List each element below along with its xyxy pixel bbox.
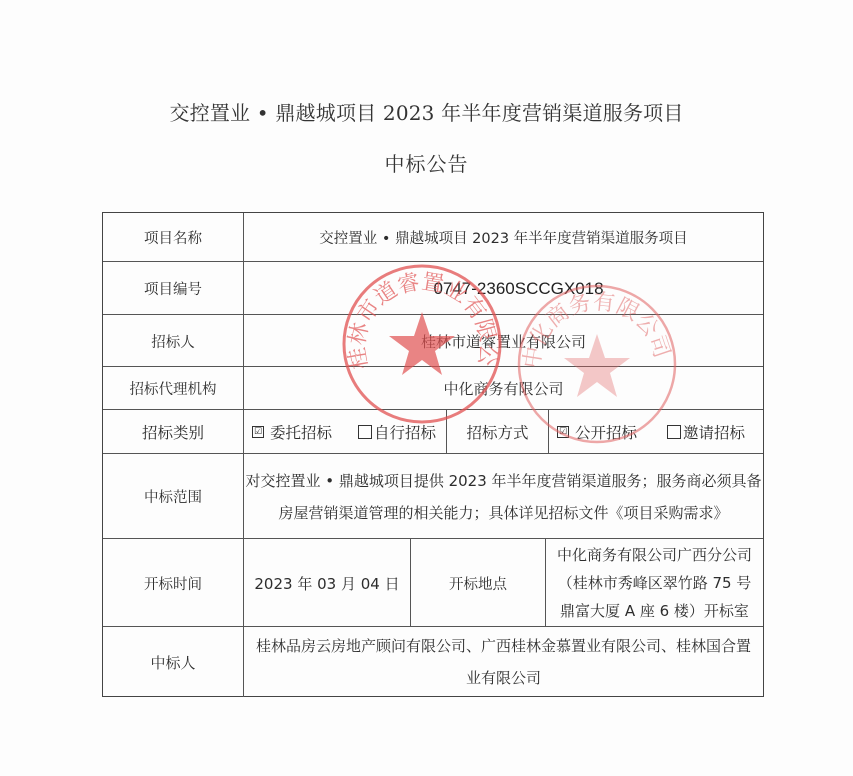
place-line-1: 中化商务有限公司广西分公司	[557, 541, 752, 569]
label-project-number: 项目编号	[103, 262, 243, 315]
method-options: ☑ 公开招标 邀请招标	[548, 410, 763, 454]
label-agency: 招标代理机构	[103, 367, 243, 410]
invited-tender-label: 邀请招标	[683, 421, 745, 443]
checkbox-empty-icon	[667, 425, 681, 439]
entrusted-label: 委托招标	[270, 421, 332, 443]
invited-tender-checkbox[interactable]: 邀请招标	[667, 421, 745, 443]
self-tender-checkbox[interactable]: 自行招标	[358, 421, 436, 443]
announcement-table: 项目名称 交控置业 • 鼎越城项目 2023 年半年度营销渠道服务项目 项目编号…	[102, 212, 764, 697]
label-opening-time: 开标时间	[103, 539, 243, 627]
value-project-name: 交控置业 • 鼎越城项目 2023 年半年度营销渠道服务项目	[243, 213, 763, 261]
winner-line-1: 桂林品房云房地产顾问有限公司、广西桂林金慕置业有限公司、桂林国合置	[256, 630, 751, 662]
open-tender-label: 公开招标	[575, 421, 637, 443]
label-method: 招标方式	[446, 410, 548, 454]
row-tenderer: 招标人 桂林市道睿置业有限公司	[103, 314, 763, 367]
checkbox-checked-icon: ☑	[252, 426, 264, 438]
row-scope: 中标范围 对交控置业 • 鼎越城项目提供 2023 年半年度营销渠道服务；服务商…	[103, 453, 763, 539]
value-opening-date: 2023 年 03 月 04 日	[243, 539, 410, 627]
label-tenderer: 招标人	[103, 315, 243, 367]
checkbox-checked-icon: ☑	[557, 426, 569, 438]
row-category: 招标类别 ☑ 委托招标 自行招标 招标方式 ☑ 公开招标 邀请招标	[103, 409, 763, 454]
row-agency: 招标代理机构 中化商务有限公司	[103, 366, 763, 410]
label-scope: 中标范围	[103, 454, 243, 539]
value-scope: 对交控置业 • 鼎越城项目提供 2023 年半年度营销渠道服务；服务商必须具备 …	[243, 454, 763, 539]
checkbox-empty-icon	[358, 425, 372, 439]
winner-line-2: 业有限公司	[466, 662, 541, 694]
place-line-2: （桂林市秀峰区翠竹路 75 号	[558, 569, 752, 597]
entrusted-checkbox[interactable]: ☑ 委托招标	[252, 421, 332, 443]
self-tender-label: 自行招标	[374, 421, 436, 443]
label-winner: 中标人	[103, 627, 243, 697]
value-winner: 桂林品房云房地产顾问有限公司、广西桂林金慕置业有限公司、桂林国合置 业有限公司	[243, 627, 763, 697]
row-project-number: 项目编号 0747-2360SCCGX018	[103, 261, 763, 315]
scope-line-2: 房屋营销渠道管理的相关能力；具体详见招标文件《项目采购需求》	[278, 497, 728, 529]
label-category: 招标类别	[103, 410, 243, 454]
row-project-name: 项目名称 交控置业 • 鼎越城项目 2023 年半年度营销渠道服务项目	[103, 213, 763, 261]
value-project-number: 0747-2360SCCGX018	[243, 262, 763, 315]
value-opening-place: 中化商务有限公司广西分公司 （桂林市秀峰区翠竹路 75 号 鼎富大厦 A 座 6…	[545, 539, 763, 627]
value-tenderer: 桂林市道睿置业有限公司	[243, 315, 763, 367]
row-opening: 开标时间 2023 年 03 月 04 日 开标地点 中化商务有限公司广西分公司…	[103, 538, 763, 627]
category-options: ☑ 委托招标 自行招标	[243, 410, 446, 454]
row-winner: 中标人 桂林品房云房地产顾问有限公司、广西桂林金慕置业有限公司、桂林国合置 业有…	[103, 626, 763, 697]
scope-line-1: 对交控置业 • 鼎越城项目提供 2023 年半年度营销渠道服务；服务商必须具备	[245, 465, 761, 497]
document-subtitle: 中标公告	[0, 148, 853, 177]
place-line-3: 鼎富大厦 A 座 6 楼）开标室	[560, 597, 749, 625]
label-opening-place: 开标地点	[410, 539, 545, 627]
document-title: 交控置业 • 鼎越城项目 2023 年半年度营销渠道服务项目	[0, 97, 853, 126]
value-agency: 中化商务有限公司	[243, 367, 763, 410]
open-tender-checkbox[interactable]: ☑ 公开招标	[557, 421, 637, 443]
label-project-name: 项目名称	[103, 213, 243, 261]
